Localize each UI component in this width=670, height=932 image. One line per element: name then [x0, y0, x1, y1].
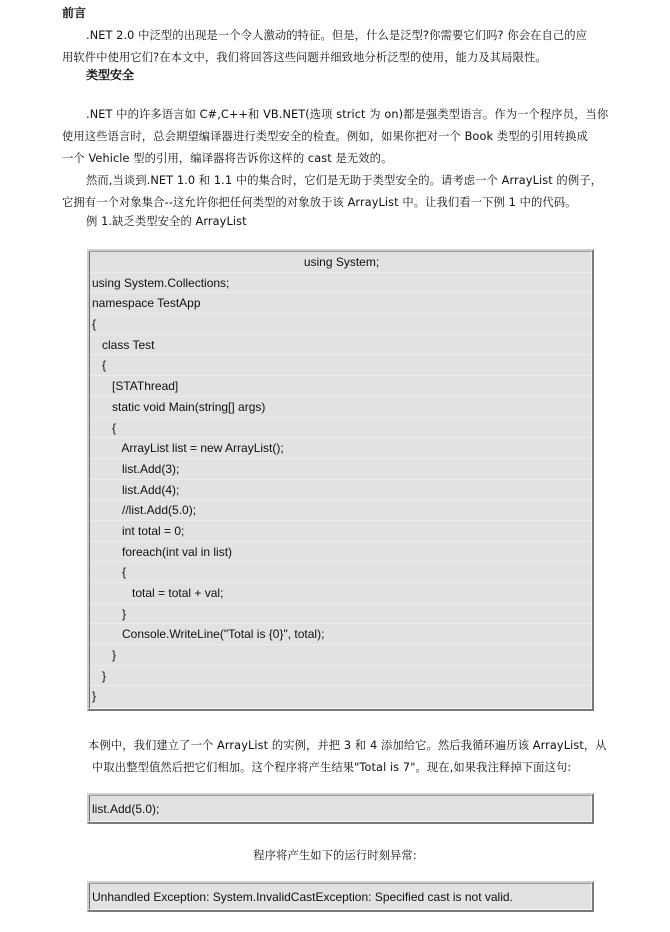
- code-example-inner: using System; using System.Collections; …: [89, 251, 592, 709]
- collections-line-1: 然而,当谈到.NET 1.0 和 1.1 中的集合时，它们是无助于类型安全的。请…: [62, 170, 622, 192]
- code-line: }: [90, 686, 591, 707]
- type-safety-line-1: .NET 中的许多语言如 C#,C++和 VB.NET(选项 strict 为 …: [62, 104, 622, 126]
- code-line: int total = 0;: [90, 521, 591, 542]
- code-line: namespace TestApp: [90, 293, 591, 314]
- code-snippet-add: list.Add(5.0);: [90, 796, 591, 822]
- heading-type-safety: 类型安全: [86, 67, 134, 83]
- collections-paragraph: 然而,当谈到.NET 1.0 和 1.1 中的集合时，它们是无助于类型安全的。请…: [62, 170, 622, 214]
- type-safety-line-3: 一个 Vehicle 型的引用，编译器将告诉你这样的 cast 是无效的。: [62, 148, 622, 170]
- code-line: total = total + val;: [90, 583, 591, 604]
- explanation-line-2: 中取出整型值然后把它们相加。这个程序将产生结果"Total is 7"。现在,如…: [88, 757, 628, 779]
- code-line: {: [90, 314, 591, 335]
- preface-paragraph: .NET 2.0 中泛型的出现是一个令人激动的特征。但是，什么是泛型?你需要它们…: [62, 25, 622, 69]
- type-safety-line-2: 使用这些语言时，总会期望编译器进行类型安全的检查。例如，如果你把对一个 Book…: [62, 126, 622, 148]
- code-snippet-exception-box: Unhandled Exception: System.InvalidCastE…: [87, 881, 594, 912]
- code-line: }: [90, 645, 591, 666]
- explanation-line-1: 本例中，我们建立了一个 ArrayList 的实例，并把 3 和 4 添加给它。…: [88, 735, 628, 757]
- code-line: ArrayList list = new ArrayList();: [90, 438, 591, 459]
- code-line: }: [90, 666, 591, 687]
- document-page: 前言 .NET 2.0 中泛型的出现是一个令人激动的特征。但是，什么是泛型?你需…: [0, 0, 670, 932]
- type-safety-paragraph: .NET 中的许多语言如 C#,C++和 VB.NET(选项 strict 为 …: [62, 104, 622, 170]
- heading-preface: 前言: [62, 5, 86, 21]
- code-line: {: [90, 418, 591, 439]
- code-line: {: [90, 562, 591, 583]
- code-snippet-exception-inner: Unhandled Exception: System.InvalidCastE…: [89, 883, 592, 910]
- code-line: {: [90, 355, 591, 376]
- code-line: class Test: [90, 335, 591, 356]
- preface-line-1: .NET 2.0 中泛型的出现是一个令人激动的特征。但是，什么是泛型?你需要它们…: [62, 25, 622, 47]
- code-line: list.Add(3);: [90, 459, 591, 480]
- code-snippet-add-inner: list.Add(5.0);: [89, 795, 592, 822]
- code-line: static void Main(string[] args): [90, 397, 591, 418]
- code-line: }: [90, 604, 591, 625]
- code-line: list.Add(4);: [90, 480, 591, 501]
- example-caption: 例 1.缺乏类型安全的 ArrayList: [86, 211, 247, 233]
- code-line: using System;: [90, 252, 591, 273]
- code-line: [STAThread]: [90, 376, 591, 397]
- code-example-box: using System; using System.Collections; …: [87, 249, 594, 711]
- code-line: //list.Add(5.0);: [90, 500, 591, 521]
- code-snippet-add-box: list.Add(5.0);: [87, 793, 594, 824]
- exception-intro: 程序将产生如下的运行时刻异常:: [0, 845, 670, 867]
- code-snippet-exception: Unhandled Exception: System.InvalidCastE…: [90, 884, 591, 910]
- preface-line-2: 用软件中使用它们?在本文中，我们将回答这些问题并细致地分析泛型的使用，能力及其局…: [62, 47, 622, 69]
- explanation-paragraph: 本例中，我们建立了一个 ArrayList 的实例，并把 3 和 4 添加给它。…: [88, 735, 628, 779]
- code-line: using System.Collections;: [90, 273, 591, 294]
- code-line: Console.WriteLine("Total is {0}", total)…: [90, 624, 591, 645]
- code-line: foreach(int val in list): [90, 542, 591, 563]
